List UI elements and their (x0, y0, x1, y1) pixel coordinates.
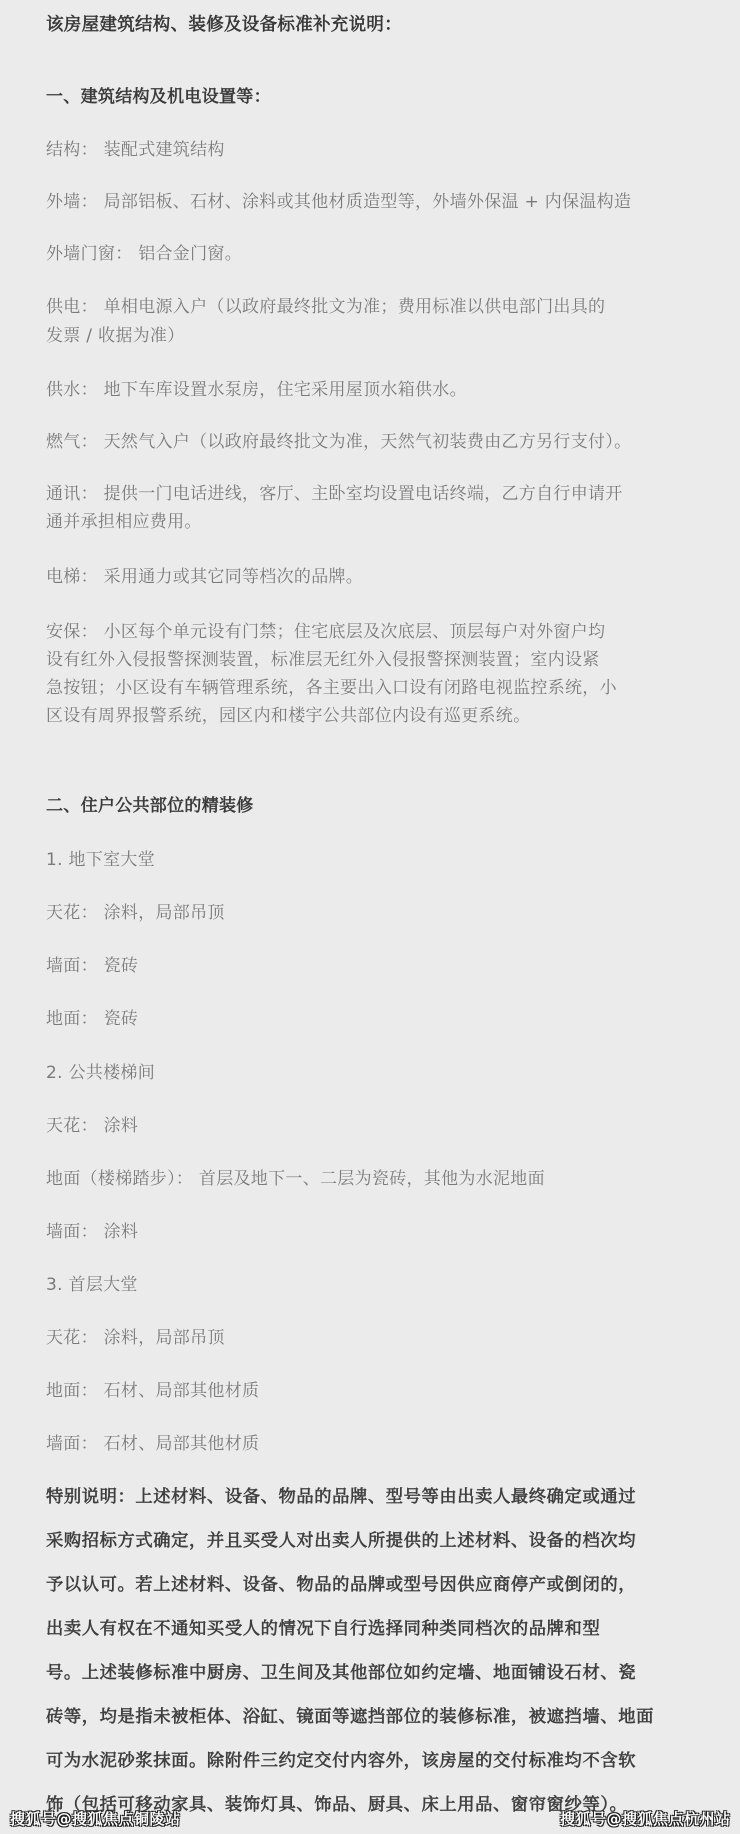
item-telecom-line-2: 通并承担相应费用。 (46, 510, 706, 534)
group-2-wall: 墙面： 涂料 (46, 1220, 706, 1244)
item-security-line-2: 设有红外入侵报警探测装置，标准层无红外入侵报警探测装置；室内设紧 (46, 648, 706, 672)
document-title: 该房屋建筑结构、装修及设备标准补充说明： (46, 13, 706, 37)
section-1-heading: 一、建筑结构及机电设置等： (46, 85, 706, 109)
item-structure: 结构： 装配式建筑结构 (46, 138, 706, 162)
group-2-title: 2. 公共楼梯间 (46, 1061, 706, 1085)
document-page: 该房屋建筑结构、装修及设备标准补充说明： 一、建筑结构及机电设置等： 结构： 装… (0, 0, 740, 1834)
watermark-left: 搜狐号@搜狐焦点铜陵站 (10, 1808, 181, 1829)
group-2-floor: 地面（楼梯踏步）： 首层及地下一、二层为瓷砖，其他为水泥地面 (46, 1167, 706, 1191)
special-note-line-4: 出卖人有权在不通知买受人的情况下自行选择同种类同档次的品牌和型 (46, 1617, 706, 1641)
group-3-floor: 地面： 石材、局部其他材质 (46, 1379, 706, 1403)
item-water: 供水： 地下车库设置水泵房，住宅采用屋顶水箱供水。 (46, 378, 706, 402)
group-2-ceiling: 天花： 涂料 (46, 1114, 706, 1138)
group-3-title: 3. 首层大堂 (46, 1273, 706, 1297)
group-1-floor: 地面： 瓷砖 (46, 1007, 706, 1031)
group-1-ceiling: 天花： 涂料，局部吊顶 (46, 901, 706, 925)
item-power-line-2: 发票 / 收据为准） (46, 324, 706, 348)
item-security-line-4: 区设有周界报警系统，园区内和楼宇公共部位内设有巡更系统。 (46, 704, 706, 728)
item-telecom-line-1: 通讯： 提供一门电话进线，客厅、主卧室均设置电话终端，乙方自行申请开 (46, 482, 706, 506)
special-note-line-2: 采购招标方式确定，并且买受人对出卖人所提供的上述材料、设备的档次均 (46, 1529, 706, 1553)
watermark-right: 搜狐号@搜狐焦点杭州站 (560, 1808, 731, 1829)
item-security-line-3: 急按钮；小区设有车辆管理系统，各主要出入口设有闭路电视监控系统，小 (46, 676, 706, 700)
special-note-line-5: 号。上述装修标准中厨房、卫生间及其他部位如约定墙、地面铺设石材、瓷 (46, 1661, 706, 1685)
item-exterior-windows: 外墙门窗： 铝合金门窗。 (46, 242, 706, 266)
section-2-heading: 二、住户公共部位的精装修 (46, 794, 706, 818)
item-security-line-1: 安保： 小区每个单元设有门禁；住宅底层及次底层、顶层每户对外窗户均 (46, 620, 706, 644)
item-exterior-wall: 外墙： 局部铝板、石材、涂料或其他材质造型等，外墙外保温 + 内保温构造 (46, 190, 706, 214)
special-note-line-6: 砖等，均是指未被柜体、浴缸、镜面等遮挡部位的装修标准，被遮挡墙、地面 (46, 1705, 706, 1729)
group-1-wall: 墙面： 瓷砖 (46, 954, 706, 978)
special-note-line-3: 予以认可。若上述材料、设备、物品的品牌或型号因供应商停产或倒闭的， (46, 1573, 706, 1597)
item-gas: 燃气： 天然气入户（以政府最终批文为准，天然气初装费由乙方另行支付）。 (46, 430, 706, 454)
item-power-line-1: 供电： 单相电源入户（以政府最终批文为准；费用标准以供电部门出具的 (46, 295, 706, 319)
special-note-line-1: 特别说明：上述材料、设备、物品的品牌、型号等由出卖人最终确定或通过 (46, 1485, 706, 1509)
group-1-title: 1. 地下室大堂 (46, 848, 706, 872)
group-3-wall: 墙面： 石材、局部其他材质 (46, 1432, 706, 1456)
special-note-line-7: 可为水泥砂浆抹面。除附件三约定交付内容外，该房屋的交付标准均不含软 (46, 1749, 706, 1773)
group-3-ceiling: 天花： 涂料，局部吊顶 (46, 1326, 706, 1350)
item-elevator: 电梯： 采用通力或其它同等档次的品牌。 (46, 565, 706, 589)
